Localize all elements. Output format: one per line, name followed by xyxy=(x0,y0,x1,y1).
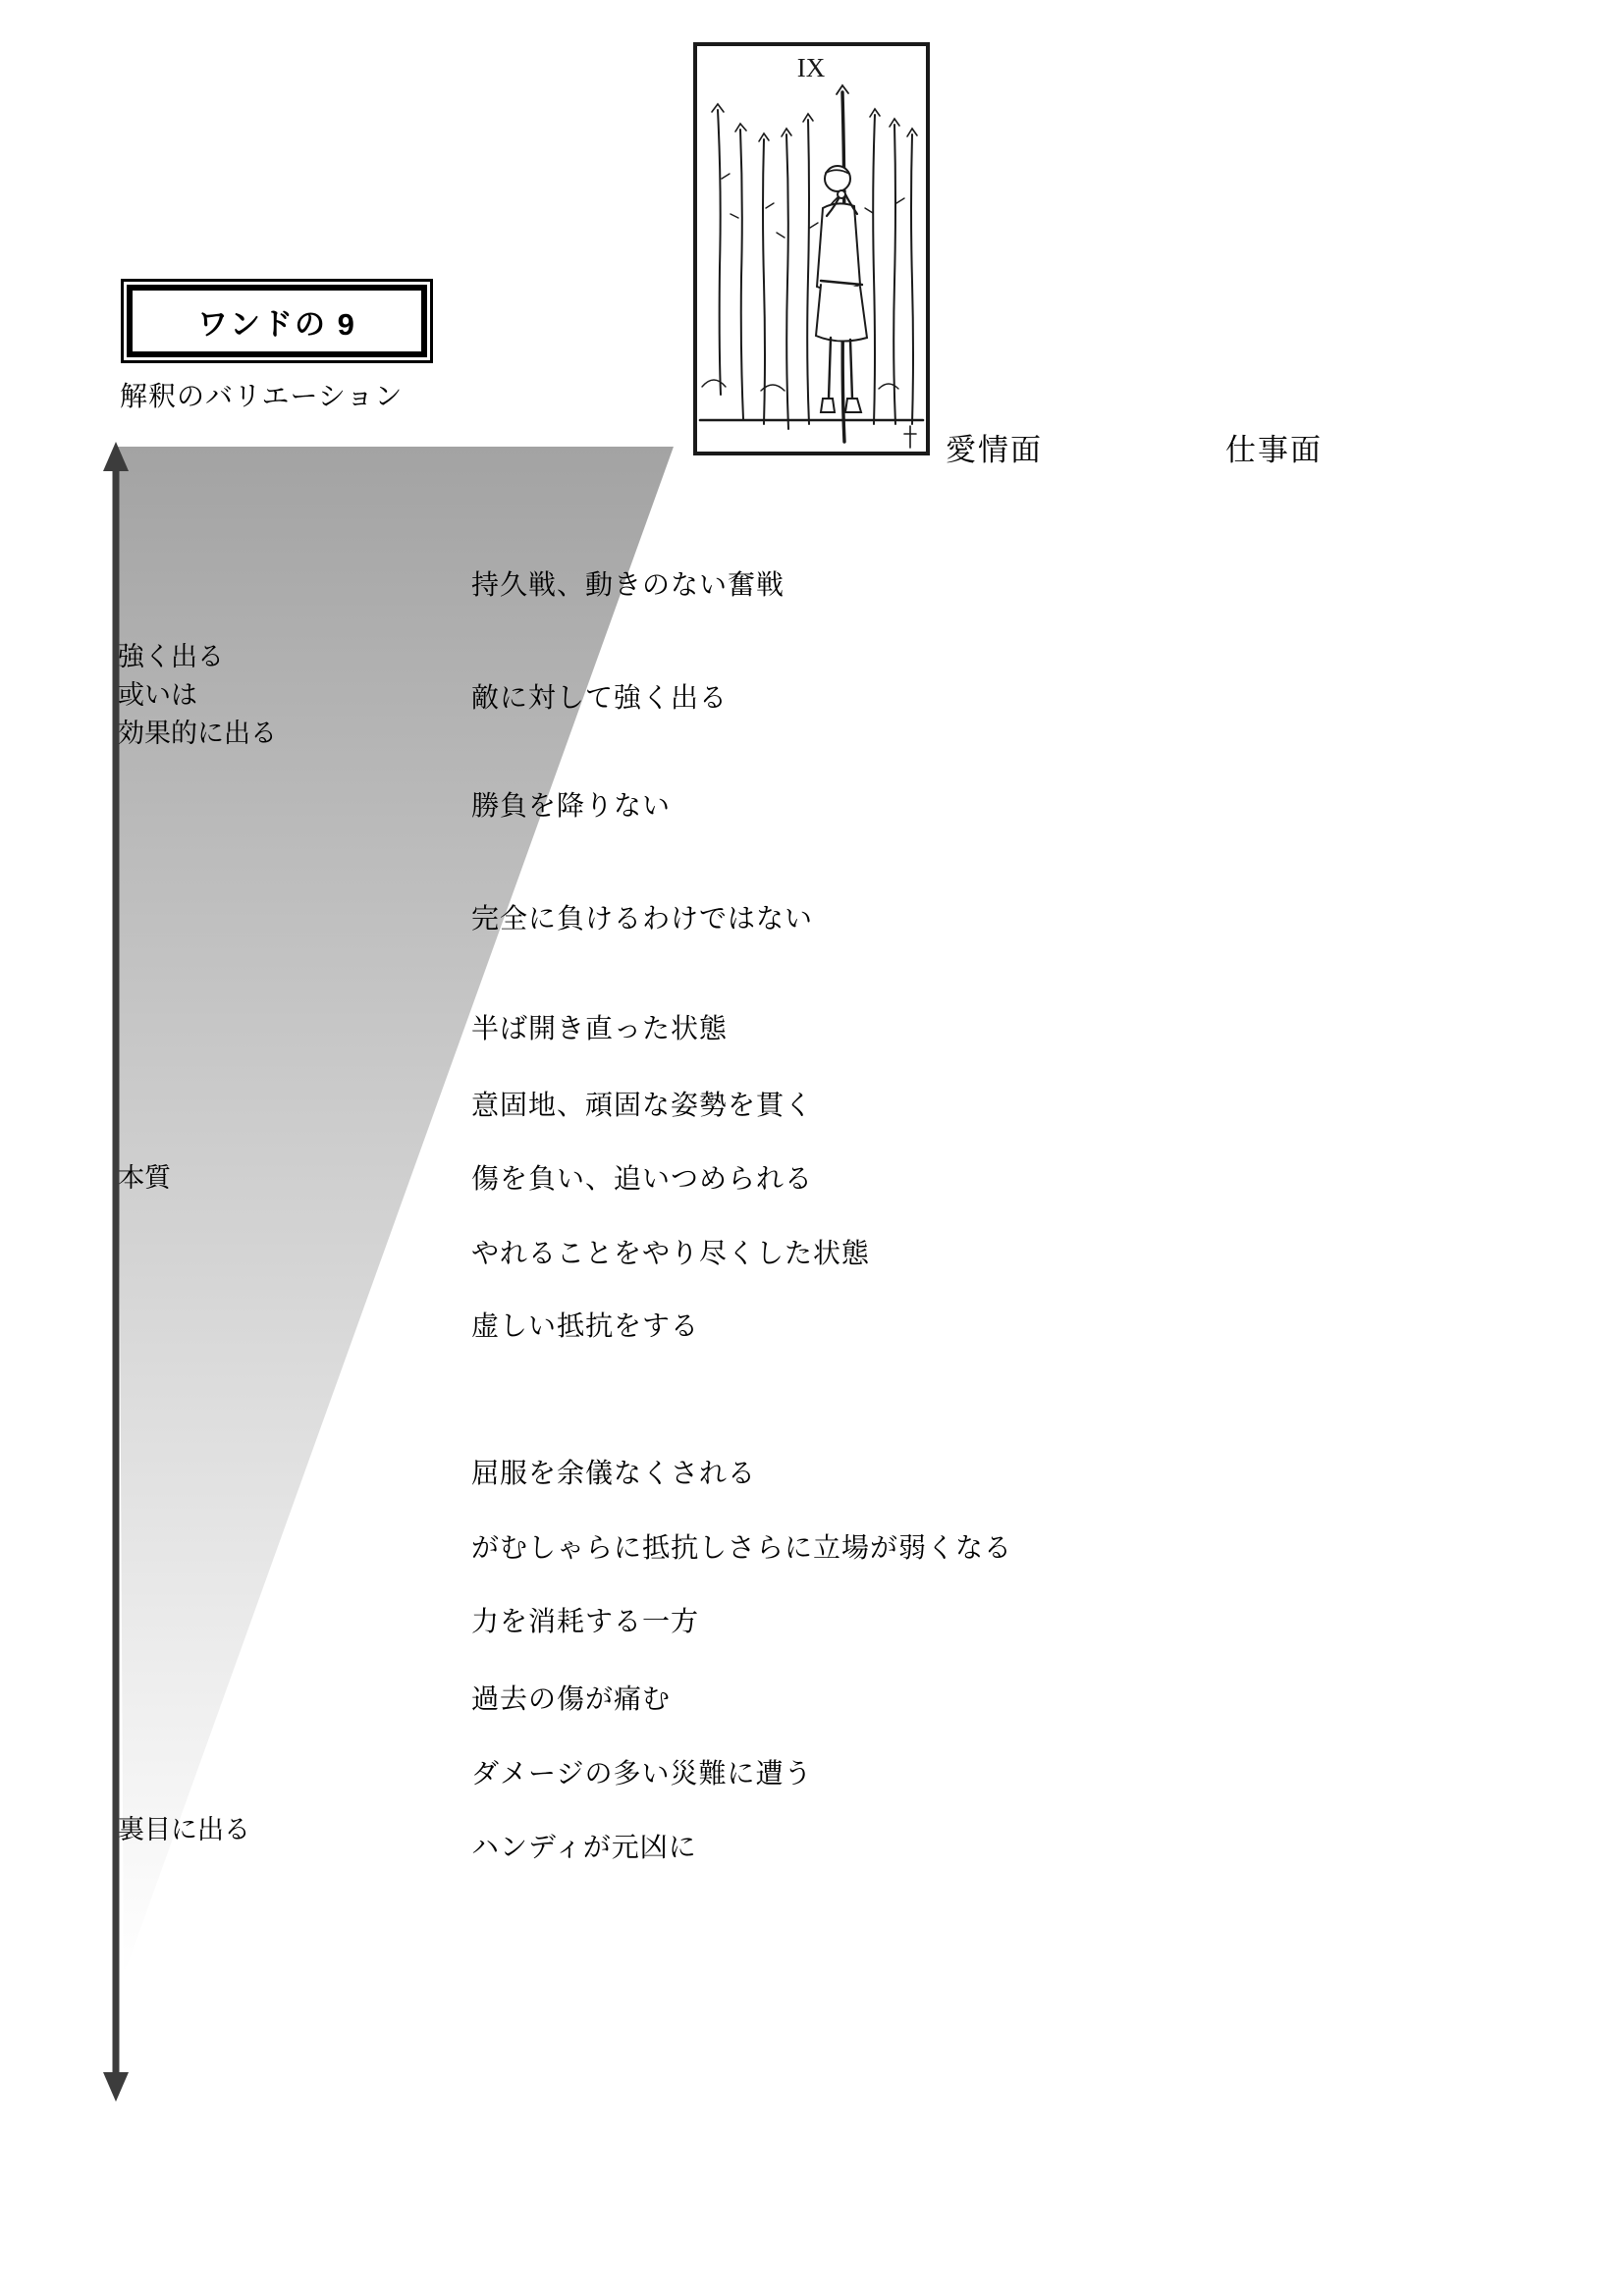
interpretation-item: 完全に負けるわけではない xyxy=(471,897,813,936)
interpretation-item: 力を消耗する一方 xyxy=(471,1600,699,1639)
interpretation-item: がむしゃらに抵抗しさらに立場が弱くなる xyxy=(471,1526,1012,1566)
card-border xyxy=(695,44,928,454)
card-numeral: IX xyxy=(797,53,826,82)
interpretation-item: 過去の傷が痛む xyxy=(471,1678,671,1717)
interpretation-item: ハンディが元凶に xyxy=(471,1826,697,1865)
interpretation-item: ダメージの多い災難に遭う xyxy=(471,1752,812,1791)
interpretation-item: 意固地、頑固な姿勢を貫く xyxy=(471,1084,813,1123)
column-header-work: 仕事面 xyxy=(1225,425,1323,469)
axis-label-strong: 強く出る 或いは 効果的に出る xyxy=(118,638,277,753)
arrowhead-down-icon xyxy=(103,2072,129,2102)
page-title: ワンドの 9 xyxy=(127,285,427,357)
subtitle: 解釈のバリエーション xyxy=(120,375,403,414)
interpretation-item: 勝負を降りない xyxy=(471,784,671,824)
tarot-card: IX xyxy=(692,41,931,456)
document-page: IX xyxy=(0,0,1624,2296)
interpretation-item: 敵に対して強く出る xyxy=(471,676,728,716)
title-box: ワンドの 9 xyxy=(121,279,433,363)
interpretation-item: やれることをやり尽くした状態 xyxy=(471,1232,870,1271)
interpretation-item: 半ば開き直った状態 xyxy=(471,1007,728,1046)
interpretation-item: 屈服を余儀なくされる xyxy=(471,1452,756,1491)
axis-label-backfire: 裏目に出る xyxy=(118,1811,250,1849)
axis-label-essence: 本質 xyxy=(118,1159,171,1198)
interpretation-item: 虚しい抵抗をする xyxy=(471,1305,699,1344)
interpretation-item: 持久戦、動きのない奮戦 xyxy=(471,563,785,603)
column-header-love: 愛情面 xyxy=(946,425,1043,469)
tarot-card-illustration: IX xyxy=(692,41,931,456)
interpretation-item: 傷を負い、追いつめられる xyxy=(471,1157,813,1197)
